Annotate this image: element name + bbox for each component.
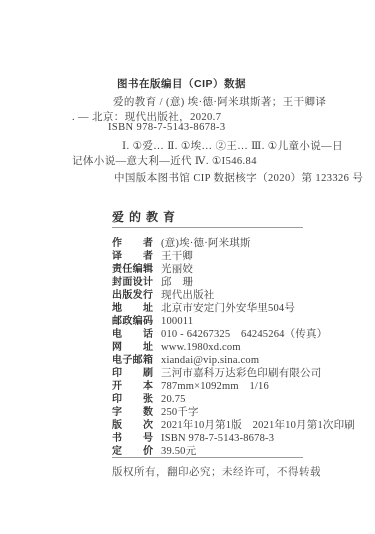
book-title: 爱的教育 (112, 208, 180, 225)
colophon-row-isbn: 书 号 ISBN 978-7-5143-8678-3 (112, 432, 352, 445)
row-label: 书 号 (112, 432, 153, 445)
row-label: 译 者 (112, 250, 153, 263)
colophon-row-publisher: 出版发行 现代出版社 (112, 289, 352, 302)
cip-block-heading: 图书在版编目（CIP）数据 (117, 76, 246, 91)
row-label: 作 者 (112, 237, 153, 250)
colophon-row-address: 地 址 北京市安定门外安华里504号 (112, 302, 352, 315)
row-label: 邮政编码 (112, 315, 153, 328)
colophon-row-website: 网 址 www.1980xd.com (112, 341, 352, 354)
row-value: 现代出版社 (161, 289, 215, 302)
colophon: 作 者 (意)埃·德·阿米琪斯 译 者 王干卿 责任编辑 光丽姣 封面设计 邱 … (112, 237, 352, 458)
colophon-row-edition: 版 次 2021年10月第1版 2021年10月第1次印刷 (112, 419, 352, 432)
row-label: 封面设计 (112, 276, 153, 289)
row-value: 光丽姣 (161, 263, 193, 276)
colophon-row-word-count: 字 数 250千字 (112, 406, 352, 419)
row-value: 2021年10月第1版 2021年10月第1次印刷 (161, 419, 355, 432)
row-value: 100011 (161, 315, 193, 328)
colophon-row-email: 电子邮箱 xiandai@vip.sina.com (112, 354, 352, 367)
row-label: 版 次 (112, 419, 153, 432)
row-value: (意)埃·德·阿米琪斯 (161, 237, 251, 250)
row-label: 网 址 (112, 341, 153, 354)
row-value: 010 - 64267325 64245264（传真） (161, 328, 327, 341)
copyright-page: 图书在版编目（CIP）数据 爱的教育 / (意) 埃·德·阿米琪斯著；王干卿译 … (0, 0, 375, 534)
row-value: xiandai@vip.sina.com (161, 354, 259, 367)
colophon-row-author: 作 者 (意)埃·德·阿米琪斯 (112, 237, 352, 250)
colophon-row-translator: 译 者 王干卿 (112, 250, 352, 263)
cip-record-number: 中国版本图书馆 CIP 数据核字（2020）第 123326 号 (114, 170, 363, 185)
cip-title-statement-line1: 爱的教育 / (意) 埃·德·阿米琪斯著；王干卿译 (113, 94, 326, 109)
row-value: 787mm×1092mm 1/16 (161, 380, 269, 393)
colophon-row-postcode: 邮政编码 100011 (112, 315, 352, 328)
colophon-row-format: 开 本 787mm×1092mm 1/16 (112, 380, 352, 393)
footer-divider (112, 457, 303, 458)
cip-classification-line2: 记体小说—意大利—近代 Ⅳ. ①I546.84 (72, 153, 257, 168)
row-value: ISBN 978-7-5143-8678-3 (161, 432, 274, 445)
row-value: 20.75 (161, 393, 186, 406)
colophon-row-sheets: 印 张 20.75 (112, 393, 352, 406)
row-value: 邱 珊 (161, 276, 193, 289)
colophon-row-editor: 责任编辑 光丽姣 (112, 263, 352, 276)
row-value: 王干卿 (161, 250, 193, 263)
row-label: 电 话 (112, 328, 153, 341)
row-label: 电子邮箱 (112, 354, 153, 367)
row-label: 开 本 (112, 380, 153, 393)
row-value: 北京市安定门外安华里504号 (161, 302, 295, 315)
title-divider (112, 227, 303, 228)
row-label: 印 张 (112, 393, 153, 406)
row-value: 250千字 (161, 406, 199, 419)
row-value: 三河市嘉科万达彩色印刷有限公司 (161, 367, 322, 380)
colophon-row-phone: 电 话 010 - 64267325 64245264（传真） (112, 328, 352, 341)
cip-classification-line1: Ⅰ. ①爱… Ⅱ. ①埃… ②王… Ⅲ. ①儿童小说—日 (122, 138, 343, 153)
row-label: 地 址 (112, 302, 153, 315)
copyright-notice: 版权所有，翻印必究；未经许可，不得转载 (112, 464, 321, 479)
row-label: 印 刷 (112, 367, 153, 380)
row-label: 出版发行 (112, 289, 153, 302)
cip-isbn: ISBN 978-7-5143-8678-3 (108, 122, 226, 133)
colophon-row-printer: 印 刷 三河市嘉科万达彩色印刷有限公司 (112, 367, 352, 380)
row-label: 字 数 (112, 406, 153, 419)
row-value: www.1980xd.com (161, 341, 241, 354)
row-label: 责任编辑 (112, 263, 153, 276)
colophon-row-cover-design: 封面设计 邱 珊 (112, 276, 352, 289)
